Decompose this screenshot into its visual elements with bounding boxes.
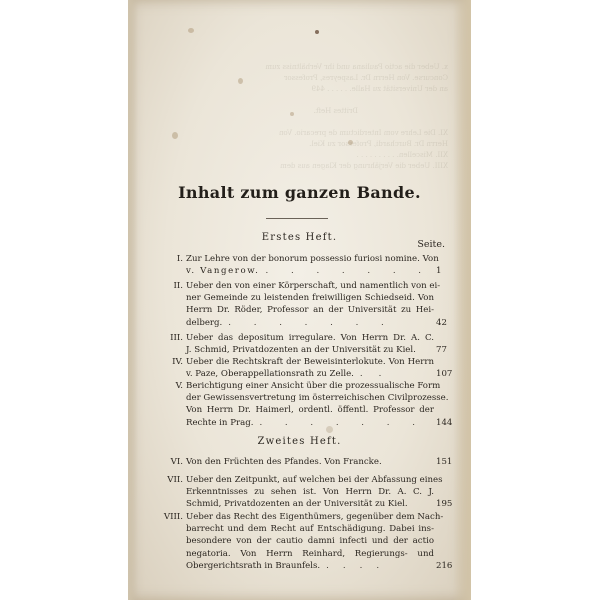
entry-text: Ueber das Recht des Eigenthümers, gegenü… [186, 511, 434, 572]
entry-line-text: Schmid, Privatdozenten an der Universitä… [186, 499, 408, 509]
page-number: 195 [436, 498, 460, 510]
entry-line: Rechte in Prag.. . . . . . .144 [186, 417, 434, 429]
entry-number: II. [128, 280, 183, 292]
entry-line-text: v. Paze, Oberappellationsrath zu Zelle. [186, 369, 354, 379]
entry-line: der Gewissensvertretung im österreichisc… [186, 392, 434, 404]
entry-line: Berichtigung einer Ansicht über die proz… [186, 380, 434, 392]
entry-number: VII. [128, 474, 183, 486]
entry-line: Ueber die Rechtskraft der Beweisinterlok… [186, 356, 434, 368]
entry-line: barrecht und dem Recht auf Entschädigung… [186, 523, 434, 535]
entry-text: Ueber den von einer Körperschaft, und na… [186, 280, 434, 329]
entry-line: negatoria. Von Herrn Reinhard, Regierung… [186, 548, 434, 560]
section-heading: Zweites Heft. [128, 436, 471, 447]
entry-line: Herrn Dr. Röder, Professor an der Univer… [186, 304, 434, 316]
leader-dots: .... [326, 561, 393, 571]
foxing-spot [172, 132, 178, 139]
page-number: 216 [436, 560, 460, 572]
foxing-spot [188, 28, 194, 33]
entry-text: Von den Früchten des Pfandes. Von Franck… [186, 456, 434, 468]
entry-line: Ueber das depositum irregulare. Von Herr… [186, 332, 434, 344]
entry-number: III. [128, 332, 183, 344]
leader-dots: . . . . . . . [266, 266, 432, 276]
foxing-spot [348, 140, 353, 145]
entry-line: Ueber das Recht des Eigenthümers, gegenü… [186, 511, 434, 523]
page-number: 107 [436, 368, 460, 380]
foxing-spot [238, 78, 243, 84]
entry-text: Ueber die Rechtskraft der Beweisinterlok… [186, 356, 434, 380]
page-number: 151 [436, 456, 460, 468]
entry-line-text: Rechte in Prag. [186, 418, 253, 428]
entry-number: V. [128, 380, 183, 392]
foxing-spot [290, 112, 294, 116]
book-page: x. Ueber die actio Pauliana und ihr Verh… [128, 0, 471, 600]
entry-text: Zur Lehre von der bonorum possessio furi… [186, 253, 434, 277]
leader-dots: . . . . . . . [228, 318, 394, 328]
foxing-spot [315, 30, 319, 34]
entry-text: Ueber das depositum irregulare. Von Herr… [186, 332, 434, 356]
entry-line: Ueber den Zeitpunkt, auf welchen bei der… [186, 474, 434, 486]
entry-line-text: Obergerichtsrath in Braunfels. [186, 561, 320, 571]
entry-number: VIII. [128, 511, 183, 523]
page-number: 144 [436, 417, 460, 429]
entry-line: Erkenntnisses zu sehen ist. Von Herrn Dr… [186, 486, 434, 498]
entry-number: VI. [128, 456, 183, 468]
entry-line: J. Schmid, Privatdozenten an der Univers… [186, 344, 434, 356]
entry-line-text: J. Schmid, Privatdozenten an der Univers… [186, 345, 416, 355]
entry-line: v. Vangerow.. . . . . . .1 [186, 265, 434, 277]
page-number: 42 [436, 317, 460, 329]
leader-dots: . . . . . . . [259, 418, 425, 428]
entry-line-text: Von den Früchten des Pfandes. Von Franck… [186, 457, 382, 467]
entry-line: Ueber den von einer Körperschaft, und na… [186, 280, 434, 292]
entry-number: I. [128, 253, 183, 265]
author-name: v. Vangerow. [186, 266, 260, 276]
page-number: 1 [436, 265, 460, 277]
entry-text: Ueber den Zeitpunkt, auf welchen bei der… [186, 474, 434, 511]
entry-line: Zur Lehre von der bonorum possessio furi… [186, 253, 434, 265]
entry-line-text: delberg. [186, 318, 222, 328]
entry-line: delberg.. . . . . . .42 [186, 317, 434, 329]
page-column-label: Seite. [417, 239, 445, 250]
entry-line: Obergerichtsrath in Braunfels.....216 [186, 560, 434, 572]
entry-line: Von den Früchten des Pfandes. Von Franck… [186, 456, 434, 468]
title-divider [266, 218, 328, 219]
entry-line: v. Paze, Oberappellationsrath zu Zelle..… [186, 368, 434, 380]
bleed-through-text: x. Ueber die actio Pauliana und ihr Verh… [188, 62, 448, 172]
entry-text: Berichtigung einer Ansicht über die proz… [186, 380, 434, 429]
page-number: 77 [436, 344, 460, 356]
entry-number: IV. [128, 356, 183, 368]
leader-dots: .. [360, 369, 397, 379]
entry-line: Von Herrn Dr. Haimerl, ordentl. öffentl.… [186, 404, 434, 416]
page-title: Inhalt zum ganzen Bande. [128, 183, 471, 202]
entry-line: Schmid, Privatdozenten an der Universitä… [186, 498, 434, 510]
entry-line: ner Gemeinde zu leistenden freiwilligen … [186, 292, 434, 304]
entry-line: besondere von der cautio damni infecti u… [186, 535, 434, 547]
